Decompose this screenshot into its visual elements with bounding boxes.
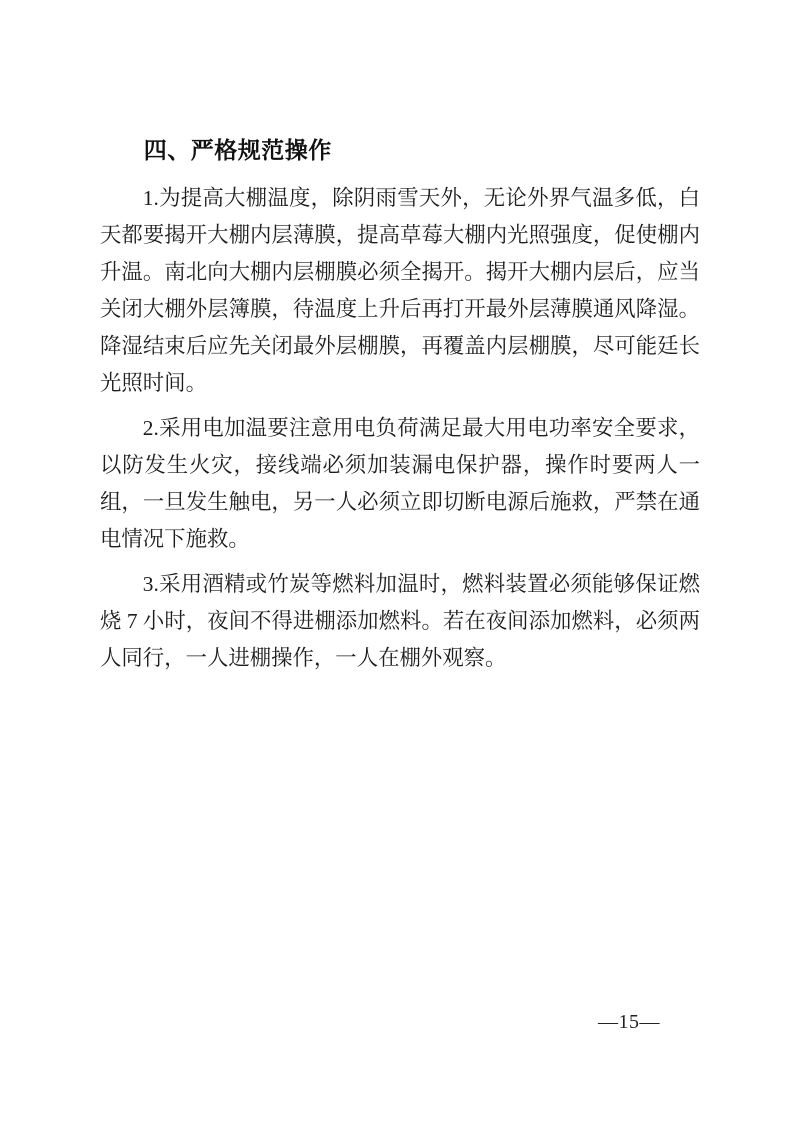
paragraph-3: 3.采用酒精或竹炭等燃料加温时，燃料装置必须能够保证燃烧 7 小时，夜间不得进棚…	[100, 566, 700, 677]
document-page: 四、严格规范操作 1.为提高大棚温度，除阴雨雪天外，无论外界气温多低，白天都要揭…	[0, 0, 793, 1122]
page-number: —15—	[598, 1009, 660, 1035]
section-heading: 四、严格规范操作	[100, 134, 700, 166]
page-content: 四、严格规范操作 1.为提高大棚温度，除阴雨雪天外，无论外界气温多低，白天都要揭…	[100, 134, 700, 685]
paragraph-2: 2.采用电加温要注意用电负荷满足最大用电功率安全要求，以防发生火灾，接线端必须加…	[100, 410, 700, 558]
paragraph-1: 1.为提高大棚温度，除阴雨雪天外，无论外界气温多低，白天都要揭开大棚内层薄膜，提…	[100, 180, 700, 402]
